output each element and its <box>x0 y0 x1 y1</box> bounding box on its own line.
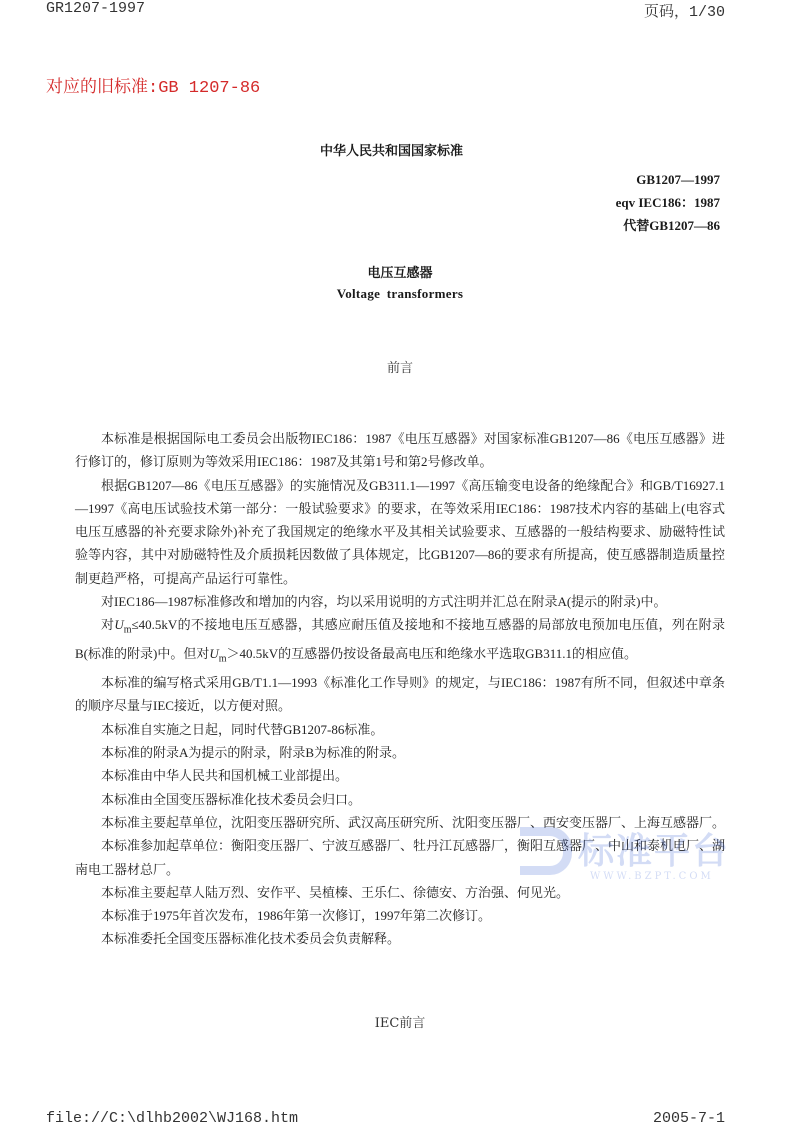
section-iec-foreword: IEC前言 <box>0 1012 800 1031</box>
equivalent-standard: eqv IEC186：1987 <box>616 191 720 214</box>
paragraph: 本标准委托全国变压器标准化技术委员会负责解释。 <box>75 927 725 950</box>
paragraph: 本标准的编写格式采用GB/T1.1—1993《标准化工作导则》的规定，与IEC1… <box>75 671 725 718</box>
paragraph: 本标准主要起草单位，沈阳变压器研究所、武汉高压研究所、沈阳变压器厂、西安变压器厂… <box>75 811 725 834</box>
national-standard-heading: 中华人民共和国国家标准 <box>320 140 463 159</box>
footer-date: 2005-7-1 <box>653 1110 725 1127</box>
page-number: 页码，1/30 <box>644 0 725 21</box>
standard-codes: GB1207—1997 eqv IEC186：1987 代替GB1207—86 <box>616 168 720 237</box>
paragraph: 本标准由中华人民共和国机械工业部提出。 <box>75 764 725 787</box>
paragraph: 本标准主要起草人陆万烈、安作平、吴植榛、王乐仁、徐德安、方治强、何见光。 <box>75 881 725 904</box>
paragraph: 本标准由全国变压器标准化技术委员会归口。 <box>75 788 725 811</box>
old-standard-note: 对应的旧标准:GB 1207-86 <box>46 72 260 98</box>
paragraph: 对Um≤40.5kV的不接地电压互感器，其感应耐压值及接地和不接地互感器的局部放… <box>75 613 725 671</box>
paragraph: 本标准于1975年首次发布，1986年第一次修订，1997年第二次修订。 <box>75 904 725 927</box>
replaced-standard: 代替GB1207—86 <box>616 214 720 237</box>
standard-number: GB1207—1997 <box>616 168 720 191</box>
page-header-left: GR1207-1997 <box>46 0 145 17</box>
footer-file-path: file://C:\dlhb2002\WJ168.htm <box>46 1110 298 1127</box>
foreword-body: 本标准是根据国际电工委员会出版物IEC186：1987《电压互感器》对国家标准G… <box>75 427 725 951</box>
um-symbol: Um <box>114 617 131 632</box>
paragraph: 本标准的附录A为提示的附录，附录B为标准的附录。 <box>75 741 725 764</box>
section-foreword: 前言 <box>0 357 800 376</box>
paragraph: 根据GB1207—86《电压互感器》的实施情况及GB311.1—1997《高压输… <box>75 474 725 590</box>
paragraph: 本标准自实施之日起，同时代替GB1207-86标准。 <box>75 718 725 741</box>
um-symbol: Um <box>209 646 226 661</box>
paragraph: 本标准参加起草单位：衡阳变压器厂、宁波互感器厂、牡丹江瓦感器厂，衡阳互感器厂、中… <box>75 834 725 881</box>
paragraph: 对IEC186—1987标准修改和增加的内容，均以采用说明的方式注明并汇总在附录… <box>75 590 725 613</box>
paragraph: 本标准是根据国际电工委员会出版物IEC186：1987《电压互感器》对国家标准G… <box>75 427 725 474</box>
title-english: Voltage transformers <box>0 286 800 302</box>
title-chinese: 电压互感器 <box>0 262 800 281</box>
